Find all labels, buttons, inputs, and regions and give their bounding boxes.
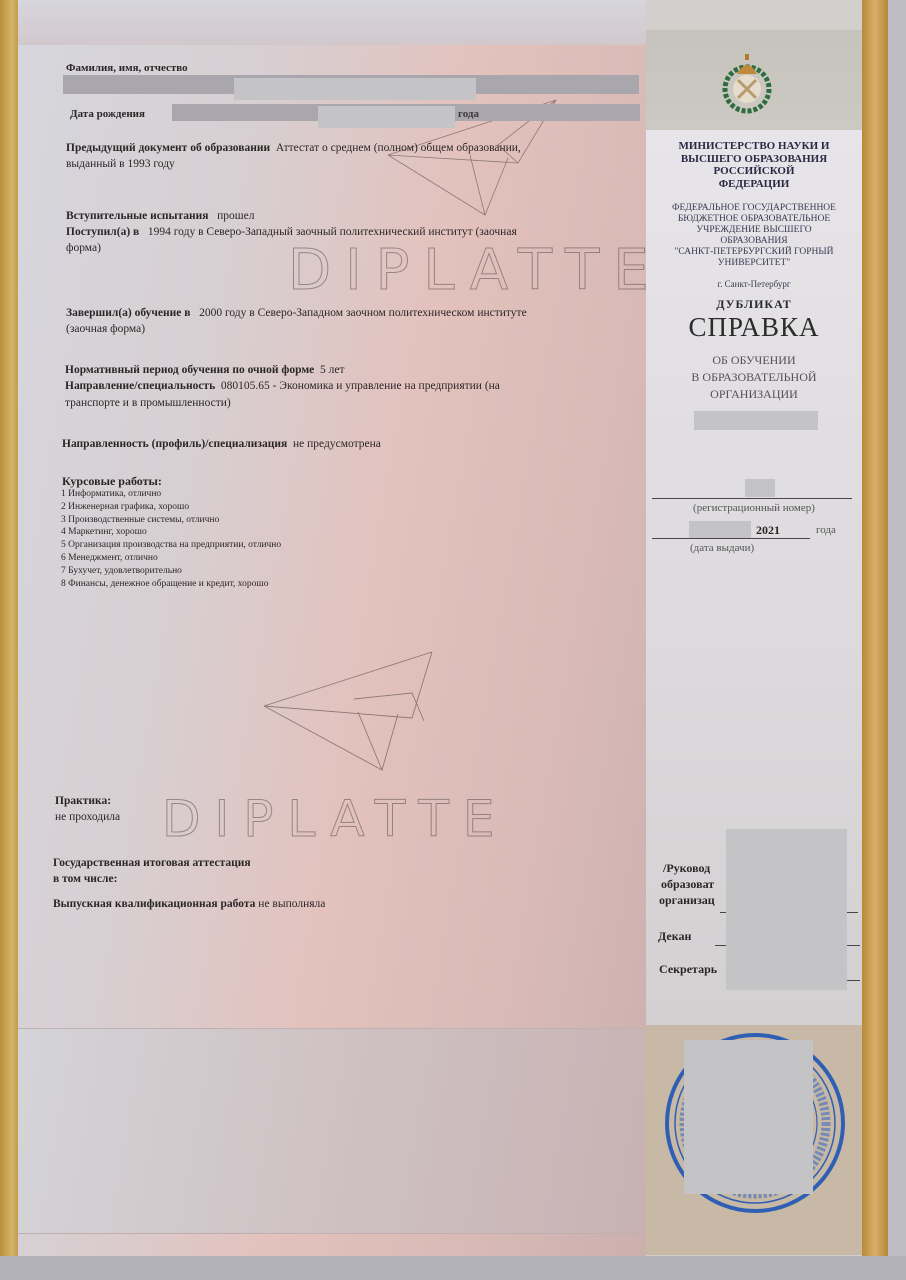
issue-date-line <box>652 538 810 539</box>
coursework-item: 4 Маркетинг, хорошо <box>61 526 281 539</box>
enrolled-line: Поступил(а) в 1994 году в Северо-Западны… <box>66 224 517 240</box>
thesis-label: Выпускная квалификационная работа <box>53 898 255 910</box>
university-line: БЮДЖЕТНОЕ ОБРАЗОВАТЕЛЬНОЕ <box>646 214 862 225</box>
signature-head-2: образоват <box>661 876 714 892</box>
page-top-shade <box>18 0 646 45</box>
ministry-line: ФЕДЕРАЦИИ <box>646 178 862 191</box>
signature-head-1: /Руковод <box>663 860 710 876</box>
birth-label: Дата рождения <box>70 106 145 122</box>
coursework-item: 2 Инженерная графика, хорошо <box>61 501 281 514</box>
fio-label: Фамилия, имя, отчество <box>66 60 188 76</box>
ministry-line: РОССИЙСКОЙ <box>646 165 862 178</box>
signature-dean: Декан <box>658 928 691 944</box>
specialty-value: 080105.65 - Экономика и управление на пр… <box>221 380 500 392</box>
city: г. Санкт-Петербург <box>646 279 862 289</box>
coursework-item: 7 Бухучет, удовлетворительно <box>61 565 281 578</box>
duplicate-label: ДУБЛИКАТ <box>646 297 862 312</box>
coursework-item: 3 Производственные системы, отлично <box>61 514 281 527</box>
university-emblem-icon <box>720 52 774 114</box>
issue-year-suffix: года <box>816 522 836 538</box>
practice-value: не проходила <box>55 809 120 825</box>
redacted-series <box>694 411 818 430</box>
signature-head-3: организац <box>659 892 715 908</box>
profile-value: не предусмотрена <box>293 438 381 450</box>
finished-label: Завершил(а) обучение в <box>66 307 190 319</box>
finished-line: Завершил(а) обучение в 2000 году в Север… <box>66 305 527 321</box>
university-line: "САНКТ-ПЕТЕРБУРГСКИЙ ГОРНЫЙ <box>646 247 862 258</box>
signature-secretary: Секретарь <box>659 961 717 977</box>
reg-number-line <box>652 498 852 499</box>
redacted-issue-date <box>689 521 751 538</box>
prev-doc-value-2: выданный в 1993 году <box>66 156 175 172</box>
enrolled-label: Поступил(а) в <box>66 226 139 238</box>
ministry-name: МИНИСТЕРСТВО НАУКИ И ВЫСШЕГО ОБРАЗОВАНИЯ… <box>646 140 862 190</box>
specialty-line: Направление/специальность 080105.65 - Эк… <box>65 378 500 394</box>
redacted-reg-number <box>745 479 775 497</box>
coursework-item: 8 Финансы, денежное обращение и кредит, … <box>61 578 281 591</box>
redacted-name <box>234 78 476 100</box>
period-line: Нормативный период обучения по очной фор… <box>65 362 345 378</box>
empty-bottom-field <box>18 1028 644 1234</box>
period-value: 5 лет <box>320 364 345 376</box>
prev-doc-value: Аттестат о среднем (полном) общем образо… <box>276 142 521 154</box>
specialty-value-2: транспорте и в промышленности) <box>65 395 231 411</box>
coursework-item: 6 Менеджмент, отлично <box>61 552 281 565</box>
ministry-line: МИНИСТЕРСТВО НАУКИ И <box>646 140 862 153</box>
coursework-item: 1 Информатика, отлично <box>61 488 281 501</box>
subtitle-line: В ОБРАЗОВАТЕЛЬНОЙ <box>646 369 862 386</box>
period-label: Нормативный период обучения по очной фор… <box>65 364 314 376</box>
university-line: ОБРАЗОВАНИЯ <box>646 236 862 247</box>
coursework-label: Курсовые работы: <box>62 473 162 489</box>
entrance-value: прошел <box>217 210 254 222</box>
document-title: СПРАВКА <box>646 312 862 343</box>
prev-doc-line-1: Предыдущий документ об образовании Аттес… <box>66 140 521 156</box>
issue-date-caption: (дата выдачи) <box>690 540 754 556</box>
profile-line: Направленность (профиль)/специализация н… <box>62 436 381 452</box>
university-line: УЧРЕЖДЕНИЕ ВЫСШЕГО <box>646 225 862 236</box>
practice-label: Практика: <box>55 793 111 809</box>
prev-doc-label: Предыдущий документ об образовании <box>66 142 270 154</box>
subtitle-line: ОБ ОБУЧЕНИИ <box>646 352 862 369</box>
redacted-birthdate <box>318 106 455 128</box>
paper-plane-watermark-icon <box>258 646 438 776</box>
finished-value: 2000 году в Северо-Западном заочном поли… <box>199 307 527 319</box>
thesis-line: Выпускная квалификационная работа не вып… <box>53 896 325 912</box>
redacted-stamp-center <box>684 1040 813 1194</box>
birth-suffix: года <box>458 106 479 122</box>
reg-number-caption: (регистрационный номер) <box>646 502 862 514</box>
issue-year: 2021 <box>756 522 780 538</box>
profile-label: Направленность (профиль)/специализация <box>62 438 287 450</box>
entrance-label: Вступительные испытания <box>66 210 209 222</box>
thesis-value: не выполняла <box>258 898 325 910</box>
university-name: ФЕДЕРАЛЬНОЕ ГОСУДАРСТВЕННОЕ БЮДЖЕТНОЕ ОБ… <box>646 203 862 269</box>
enrolled-value-2: форма) <box>66 240 101 256</box>
finished-value-2: (заочная форма) <box>66 321 145 337</box>
subtitle-line: ОРГАНИЗАЦИИ <box>646 386 862 403</box>
background-bottom <box>0 1256 906 1280</box>
redacted-signatures <box>726 829 847 990</box>
document-subtitle: ОБ ОБУЧЕНИИ В ОБРАЗОВАТЕЛЬНОЙ ОРГАНИЗАЦИ… <box>646 352 862 403</box>
watermark-text-bottom: DIPLATTE <box>162 790 509 848</box>
coursework-item: 5 Организация производства на предприяти… <box>61 539 281 552</box>
gia-sublabel: в том числе: <box>53 871 117 887</box>
enrolled-value: 1994 году в Северо-Западный заочный поли… <box>148 226 517 238</box>
entrance-line: Вступительные испытания прошел <box>66 208 254 224</box>
university-line: ФЕДЕРАЛЬНОЕ ГОСУДАРСТВЕННОЕ <box>646 203 862 214</box>
gia-label: Государственная итоговая аттестация <box>53 855 251 871</box>
university-line: УНИВЕРСИТЕТ" <box>646 258 862 269</box>
ministry-line: ВЫСШЕГО ОБРАЗОВАНИЯ <box>646 153 862 166</box>
watermark-text-top: DIPLATTE <box>288 238 663 303</box>
coursework-list: 1 Информатика, отлично 2 Инженерная граф… <box>61 488 281 590</box>
specialty-label: Направление/специальность <box>65 380 215 392</box>
gold-border-right <box>862 0 888 1280</box>
background-edge <box>888 0 906 1280</box>
